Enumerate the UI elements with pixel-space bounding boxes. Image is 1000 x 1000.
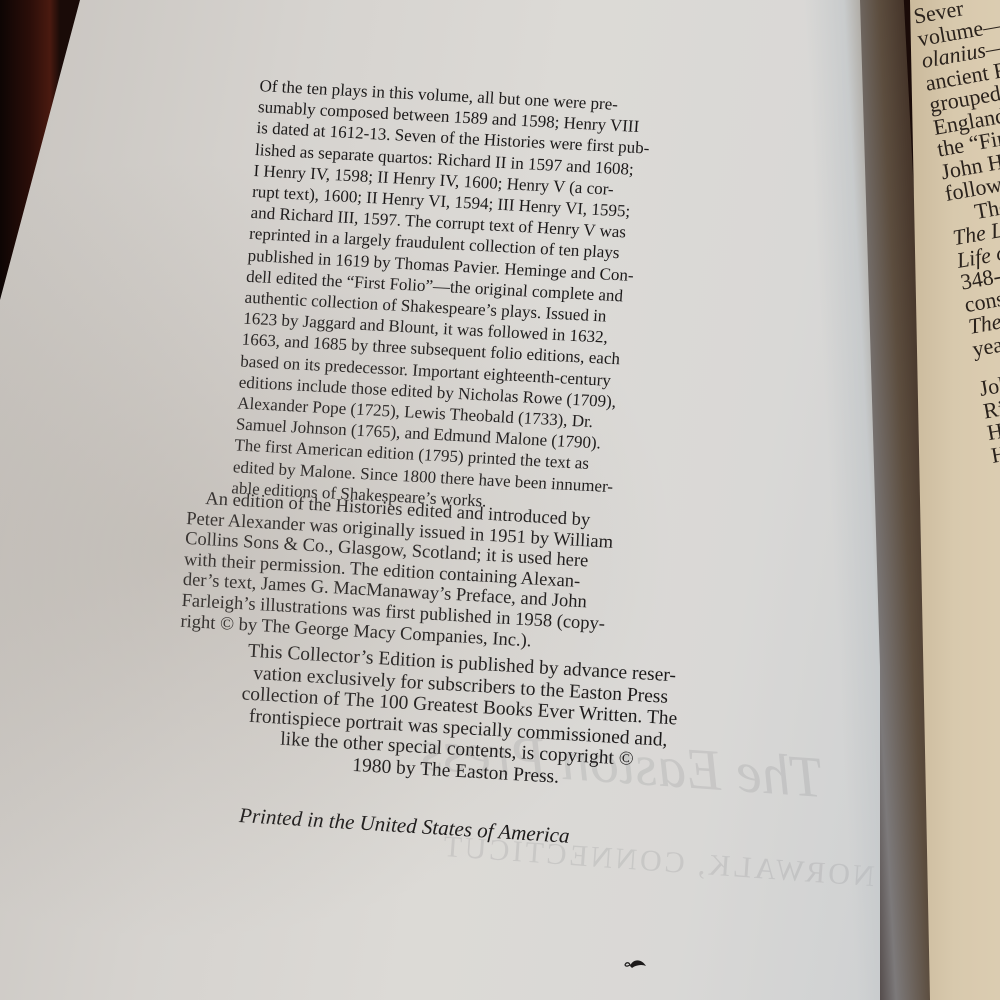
left-page: The Easton Press NORWALK, CONNECTICUT Of… bbox=[0, 0, 880, 1000]
printer-ornament-icon bbox=[624, 956, 648, 970]
printed-in-line: Printed in the United States of America bbox=[238, 803, 570, 849]
copyright-text-block: Of the ten plays in this volume, all but… bbox=[196, 88, 756, 512]
paragraph-collectors-edition: This Collector’s Edition is published by… bbox=[161, 636, 757, 799]
book-photo: The Easton Press NORWALK, CONNECTICUT Of… bbox=[0, 0, 1000, 1000]
paragraph-publication-history: Of the ten plays in this volume, all but… bbox=[231, 75, 750, 524]
paragraph-edition-source: An edition of the Histories edited and i… bbox=[180, 488, 757, 664]
